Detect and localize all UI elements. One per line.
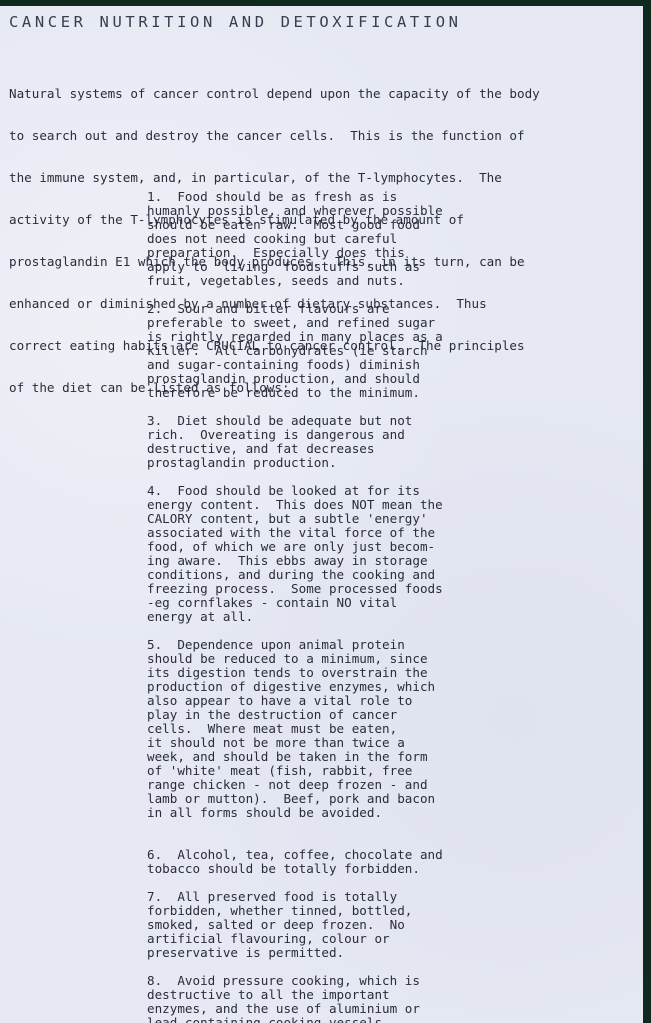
principle-line: food, of which we are only just becom- bbox=[147, 540, 443, 554]
document-page: CANCER NUTRITION AND DETOXIFICATION Natu… bbox=[0, 6, 643, 1023]
diet-principle-7: 7. All preserved food is totallyforbidde… bbox=[147, 890, 443, 960]
principle-line: preparation. Especially does this bbox=[147, 246, 443, 260]
spacer bbox=[147, 288, 443, 302]
spacer bbox=[147, 624, 443, 638]
principle-line: preservative is permitted. bbox=[147, 946, 443, 960]
diet-principle-3: 3. Diet should be adequate but notrich. … bbox=[147, 414, 443, 470]
principle-line: ing aware. This ebbs away in storage bbox=[147, 554, 443, 568]
principle-line: should be reduced to a minimum, since bbox=[147, 652, 443, 666]
principle-line: production of digestive enzymes, which bbox=[147, 680, 443, 694]
principle-line: rich. Overeating is dangerous and bbox=[147, 428, 443, 442]
principle-line: apply to 'living' foodstuffs such as bbox=[147, 260, 443, 274]
principle-line: tobacco should be totally forbidden. bbox=[147, 862, 443, 876]
spacer bbox=[147, 820, 443, 848]
principle-line: prostaglandin production, and should bbox=[147, 372, 443, 386]
principle-line: artificial flavouring, colour or bbox=[147, 932, 443, 946]
principle-line: energy content. This does NOT mean the bbox=[147, 498, 443, 512]
principle-line: and sugar-containing foods) diminish bbox=[147, 358, 443, 372]
principle-line: -eg cornflakes - contain NO vital bbox=[147, 596, 443, 610]
spacer bbox=[147, 876, 443, 890]
intro-line: to search out and destroy the cancer cel… bbox=[9, 129, 540, 143]
principle-line: 7. All preserved food is totally bbox=[147, 890, 443, 904]
principle-line: lamb or mutton). Beef, pork and bacon bbox=[147, 792, 443, 806]
intro-line: the immune system, and, in particular, o… bbox=[9, 171, 540, 185]
principle-line: 8. Avoid pressure cooking, which is bbox=[147, 974, 443, 988]
principle-line: energy at all. bbox=[147, 610, 443, 624]
spacer bbox=[147, 470, 443, 484]
principle-line: play in the destruction of cancer bbox=[147, 708, 443, 722]
principle-line: lead-containing cooking vessels. bbox=[147, 1016, 443, 1023]
principle-line: associated with the vital force of the bbox=[147, 526, 443, 540]
principle-line: week, and should be taken in the form bbox=[147, 750, 443, 764]
principle-line: is rightly regarded in many places as a bbox=[147, 330, 443, 344]
principle-line: range chicken - not deep frozen - and bbox=[147, 778, 443, 792]
principle-line: therefore be reduced to the minimum. bbox=[147, 386, 443, 400]
principle-line: of 'white' meat (fish, rabbit, free bbox=[147, 764, 443, 778]
principle-line: preferable to sweet, and refined sugar bbox=[147, 316, 443, 330]
principle-line: forbidden, whether tinned, bottled, bbox=[147, 904, 443, 918]
principle-line: destructive to all the important bbox=[147, 988, 443, 1002]
intro-line: Natural systems of cancer control depend… bbox=[9, 87, 540, 101]
principle-line: freezing process. Some processed foods bbox=[147, 582, 443, 596]
principle-line: killer. All carbohydrates (ie starch bbox=[147, 344, 443, 358]
diet-principle-1: 1. Food should be as fresh as ishumanly … bbox=[147, 190, 443, 288]
principle-line: 3. Diet should be adequate but not bbox=[147, 414, 443, 428]
principle-line: 1. Food should be as fresh as is bbox=[147, 190, 443, 204]
principle-line: in all forms should be avoided. bbox=[147, 806, 443, 820]
diet-principle-6: 6. Alcohol, tea, coffee, chocolate andto… bbox=[147, 848, 443, 876]
principle-line: also appear to have a vital role to bbox=[147, 694, 443, 708]
principle-line: 5. Dependence upon animal protein bbox=[147, 638, 443, 652]
principle-line: it should not be more than twice a bbox=[147, 736, 443, 750]
diet-principle-2: 2. Sour and bitter flavours arepreferabl… bbox=[147, 302, 443, 400]
principle-line: CALORY content, but a subtle 'energy' bbox=[147, 512, 443, 526]
principle-line: humanly possible, and wherever possible bbox=[147, 204, 443, 218]
principle-line: 4. Food should be looked at for its bbox=[147, 484, 443, 498]
principle-line: enzymes, and the use of aluminium or bbox=[147, 1002, 443, 1016]
diet-principle-8: 8. Avoid pressure cooking, which isdestr… bbox=[147, 974, 443, 1023]
diet-principles-list: 1. Food should be as fresh as ishumanly … bbox=[147, 190, 443, 1023]
document-title: CANCER NUTRITION AND DETOXIFICATION bbox=[9, 13, 462, 31]
principle-line: smoked, salted or deep frozen. No bbox=[147, 918, 443, 932]
principle-line: conditions, and during the cooking and bbox=[147, 568, 443, 582]
spacer bbox=[147, 960, 443, 974]
diet-principle-4: 4. Food should be looked at for itsenerg… bbox=[147, 484, 443, 624]
principle-line: 2. Sour and bitter flavours are bbox=[147, 302, 443, 316]
principle-line: its digestion tends to overstrain the bbox=[147, 666, 443, 680]
principle-line: prostaglandin production. bbox=[147, 456, 443, 470]
spacer bbox=[147, 400, 443, 414]
principle-line: fruit, vegetables, seeds and nuts. bbox=[147, 274, 443, 288]
principle-line: should be eaten raw. Most good food bbox=[147, 218, 443, 232]
principle-line: destructive, and fat decreases bbox=[147, 442, 443, 456]
principle-line: cells. Where meat must be eaten, bbox=[147, 722, 443, 736]
principle-line: does not need cooking but careful bbox=[147, 232, 443, 246]
diet-principle-5: 5. Dependence upon animal proteinshould … bbox=[147, 638, 443, 820]
principle-line: 6. Alcohol, tea, coffee, chocolate and bbox=[147, 848, 443, 862]
